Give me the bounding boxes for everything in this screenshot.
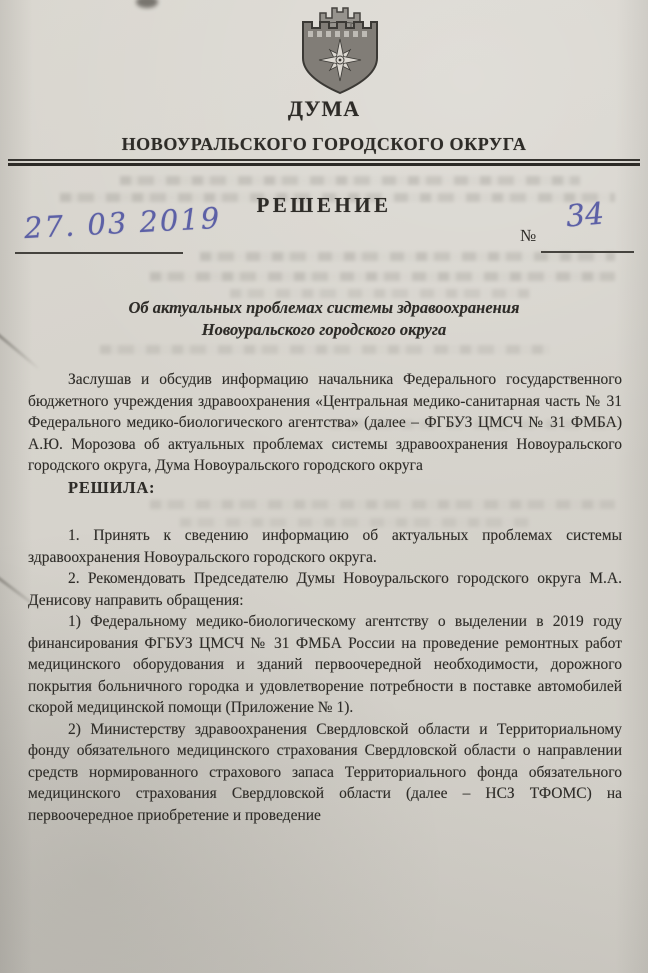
bleedthrough-text-artifact — [100, 345, 550, 354]
number-label: № — [520, 226, 536, 246]
intro-paragraph: Заслушав и обсудив информацию начальника… — [28, 369, 622, 477]
subject-line-2: Новоуральского городского округа — [0, 319, 648, 341]
bleedthrough-text-artifact — [120, 176, 580, 185]
scanned-document-page: ДУМА НОВОУРАЛЬСКОГО ГОРОДСКОГО ОКРУГА РЕ… — [0, 0, 648, 973]
resolution-item-1: 1. Принять к сведению информацию об акту… — [28, 525, 622, 568]
scan-smudge-artifact — [136, 0, 158, 8]
org-name-duma: ДУМА — [0, 96, 648, 122]
org-name-district: НОВОУРАЛЬСКОГО ГОРОДСКОГО ОКРУГА — [0, 134, 648, 155]
subject-title: Об актуальных проблемах системы здравоох… — [0, 297, 648, 341]
number-underline — [541, 251, 634, 253]
resolution-items: 1. Принять к сведению информацию об акту… — [28, 525, 622, 826]
coat-of-arms-icon — [293, 0, 387, 97]
resolution-item-2: 2. Рекомендовать Председателю Думы Новоу… — [28, 568, 622, 611]
number-handwritten: 34 — [565, 196, 606, 234]
bleedthrough-text-artifact — [150, 272, 615, 281]
resolution-item-2-1: 1) Федеральному медико-биологическому аг… — [28, 611, 622, 719]
bleedthrough-text-artifact — [200, 252, 615, 261]
date-underline — [15, 252, 183, 254]
resolved-heading: РЕШИЛА: — [28, 477, 622, 499]
subject-line-1: Об актуальных проблемах системы здравоох… — [0, 297, 648, 319]
header-divider-rule — [8, 159, 640, 166]
resolution-item-2-2: 2) Министерству здравоохранения Свердлов… — [28, 719, 622, 827]
document-body: Заслушав и обсудив информацию начальника… — [28, 369, 622, 826]
